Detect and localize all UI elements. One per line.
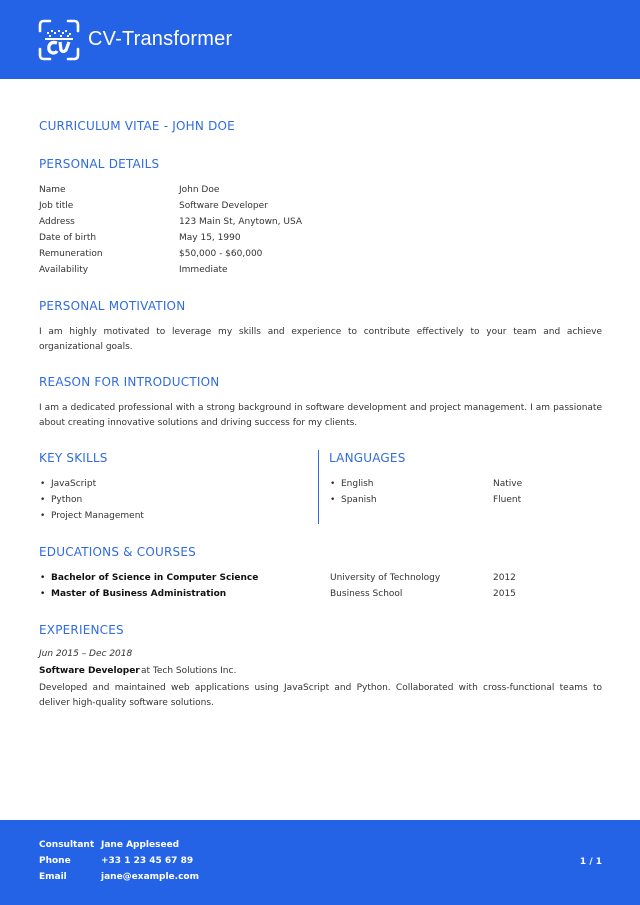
detail-label: Address [39,217,179,227]
detail-value: John Doe [179,185,219,195]
phone-label: Phone [39,856,101,866]
education-item: • Master of Business Administration Busi… [39,586,516,602]
bullet-icon: • [39,511,51,521]
detail-value: May 15, 1990 [179,233,241,243]
personal-details-table: Name John Doe Job title Software Develop… [39,182,602,278]
bullet-icon: • [329,479,341,489]
footer-phone: Phone +33 1 23 45 67 89 [39,856,193,866]
introduction-text: I am a dedicated professional with a str… [39,401,602,431]
education-item: • Bachelor of Science in Computer Scienc… [39,570,516,586]
language-name: Spanish [341,495,493,505]
bullet-icon: • [39,573,51,583]
introduction-heading: REASON FOR INTRODUCTION [39,375,219,389]
column-divider [318,450,319,524]
experiences-heading: EXPERIENCES [39,623,124,637]
education-school: Business School [330,589,493,599]
detail-row: Date of birth May 15, 1990 [39,230,602,246]
experience-company: at Tech Solutions Inc. [141,666,236,676]
education-year: 2012 [493,573,516,583]
bullet-icon: • [39,589,51,599]
bullet-icon: • [39,495,51,505]
education-degree: Master of Business Administration [51,589,330,599]
bullet-icon: • [39,479,51,489]
app-header: CV-Transformer [0,0,640,79]
detail-row: Remuneration $50,000 - $60,000 [39,246,602,262]
phone-value[interactable]: +33 1 23 45 67 89 [101,856,193,866]
experience-description: Developed and maintained web application… [39,681,602,711]
education-degree: Bachelor of Science in Computer Science [51,573,330,583]
email-label: Email [39,872,101,882]
bullet-icon: • [329,495,341,505]
language-item: • English Native [329,476,522,492]
detail-row: Availability Immediate [39,262,602,278]
language-level: Native [493,479,522,489]
education-year: 2015 [493,589,516,599]
brand-name: CV-Transformer [88,28,232,51]
detail-value: Software Developer [179,201,268,211]
footer-email: Email jane@example.com [39,872,199,882]
footer: Consultant Jane Appleseed Phone +33 1 23… [0,820,640,905]
detail-row: Address 123 Main St, Anytown, USA [39,214,602,230]
motivation-heading: PERSONAL MOTIVATION [39,299,185,313]
detail-label: Job title [39,201,179,211]
language-level: Fluent [493,495,521,505]
motivation-text: I am highly motivated to leverage my ski… [39,325,602,355]
experience-title-line: Software Developer at Tech Solutions Inc… [39,666,236,676]
language-name: English [341,479,493,489]
detail-label: Date of birth [39,233,179,243]
education-list: • Bachelor of Science in Computer Scienc… [39,570,516,602]
detail-row: Name John Doe [39,182,602,198]
personal-details-heading: PERSONAL DETAILS [39,157,159,171]
consultant-label: Consultant [39,840,101,850]
skill-item: • JavaScript [39,476,144,492]
footer-consultant: Consultant Jane Appleseed [39,840,179,850]
cv-title: CURRICULUM VITAE - JOHN DOE [39,119,235,133]
experience-period: Jun 2015 – Dec 2018 [39,649,132,659]
email-link[interactable]: jane@example.com [101,872,199,882]
skill-label: JavaScript [51,479,96,489]
languages-heading: LANGUAGES [329,451,406,465]
skill-item: • Project Management [39,508,144,524]
detail-label: Remuneration [39,249,179,259]
language-item: • Spanish Fluent [329,492,522,508]
detail-value: $50,000 - $60,000 [179,249,262,259]
cv-scan-logo-icon [38,19,80,61]
experience-role: Software Developer [39,666,141,676]
skills-list: • JavaScript • Python • Project Manageme… [39,476,144,524]
detail-label: Name [39,185,179,195]
skill-label: Project Management [51,511,144,521]
skills-heading: KEY SKILLS [39,451,108,465]
detail-value: 123 Main St, Anytown, USA [179,217,302,227]
detail-row: Job title Software Developer [39,198,602,214]
page-indicator: 1 / 1 [580,857,602,867]
detail-value: Immediate [179,265,228,275]
education-heading: EDUCATIONS & COURSES [39,545,196,559]
skill-label: Python [51,495,82,505]
education-school: University of Technology [330,573,493,583]
skill-item: • Python [39,492,144,508]
detail-label: Availability [39,265,179,275]
languages-list: • English Native • Spanish Fluent [329,476,522,508]
consultant-value: Jane Appleseed [101,840,179,850]
